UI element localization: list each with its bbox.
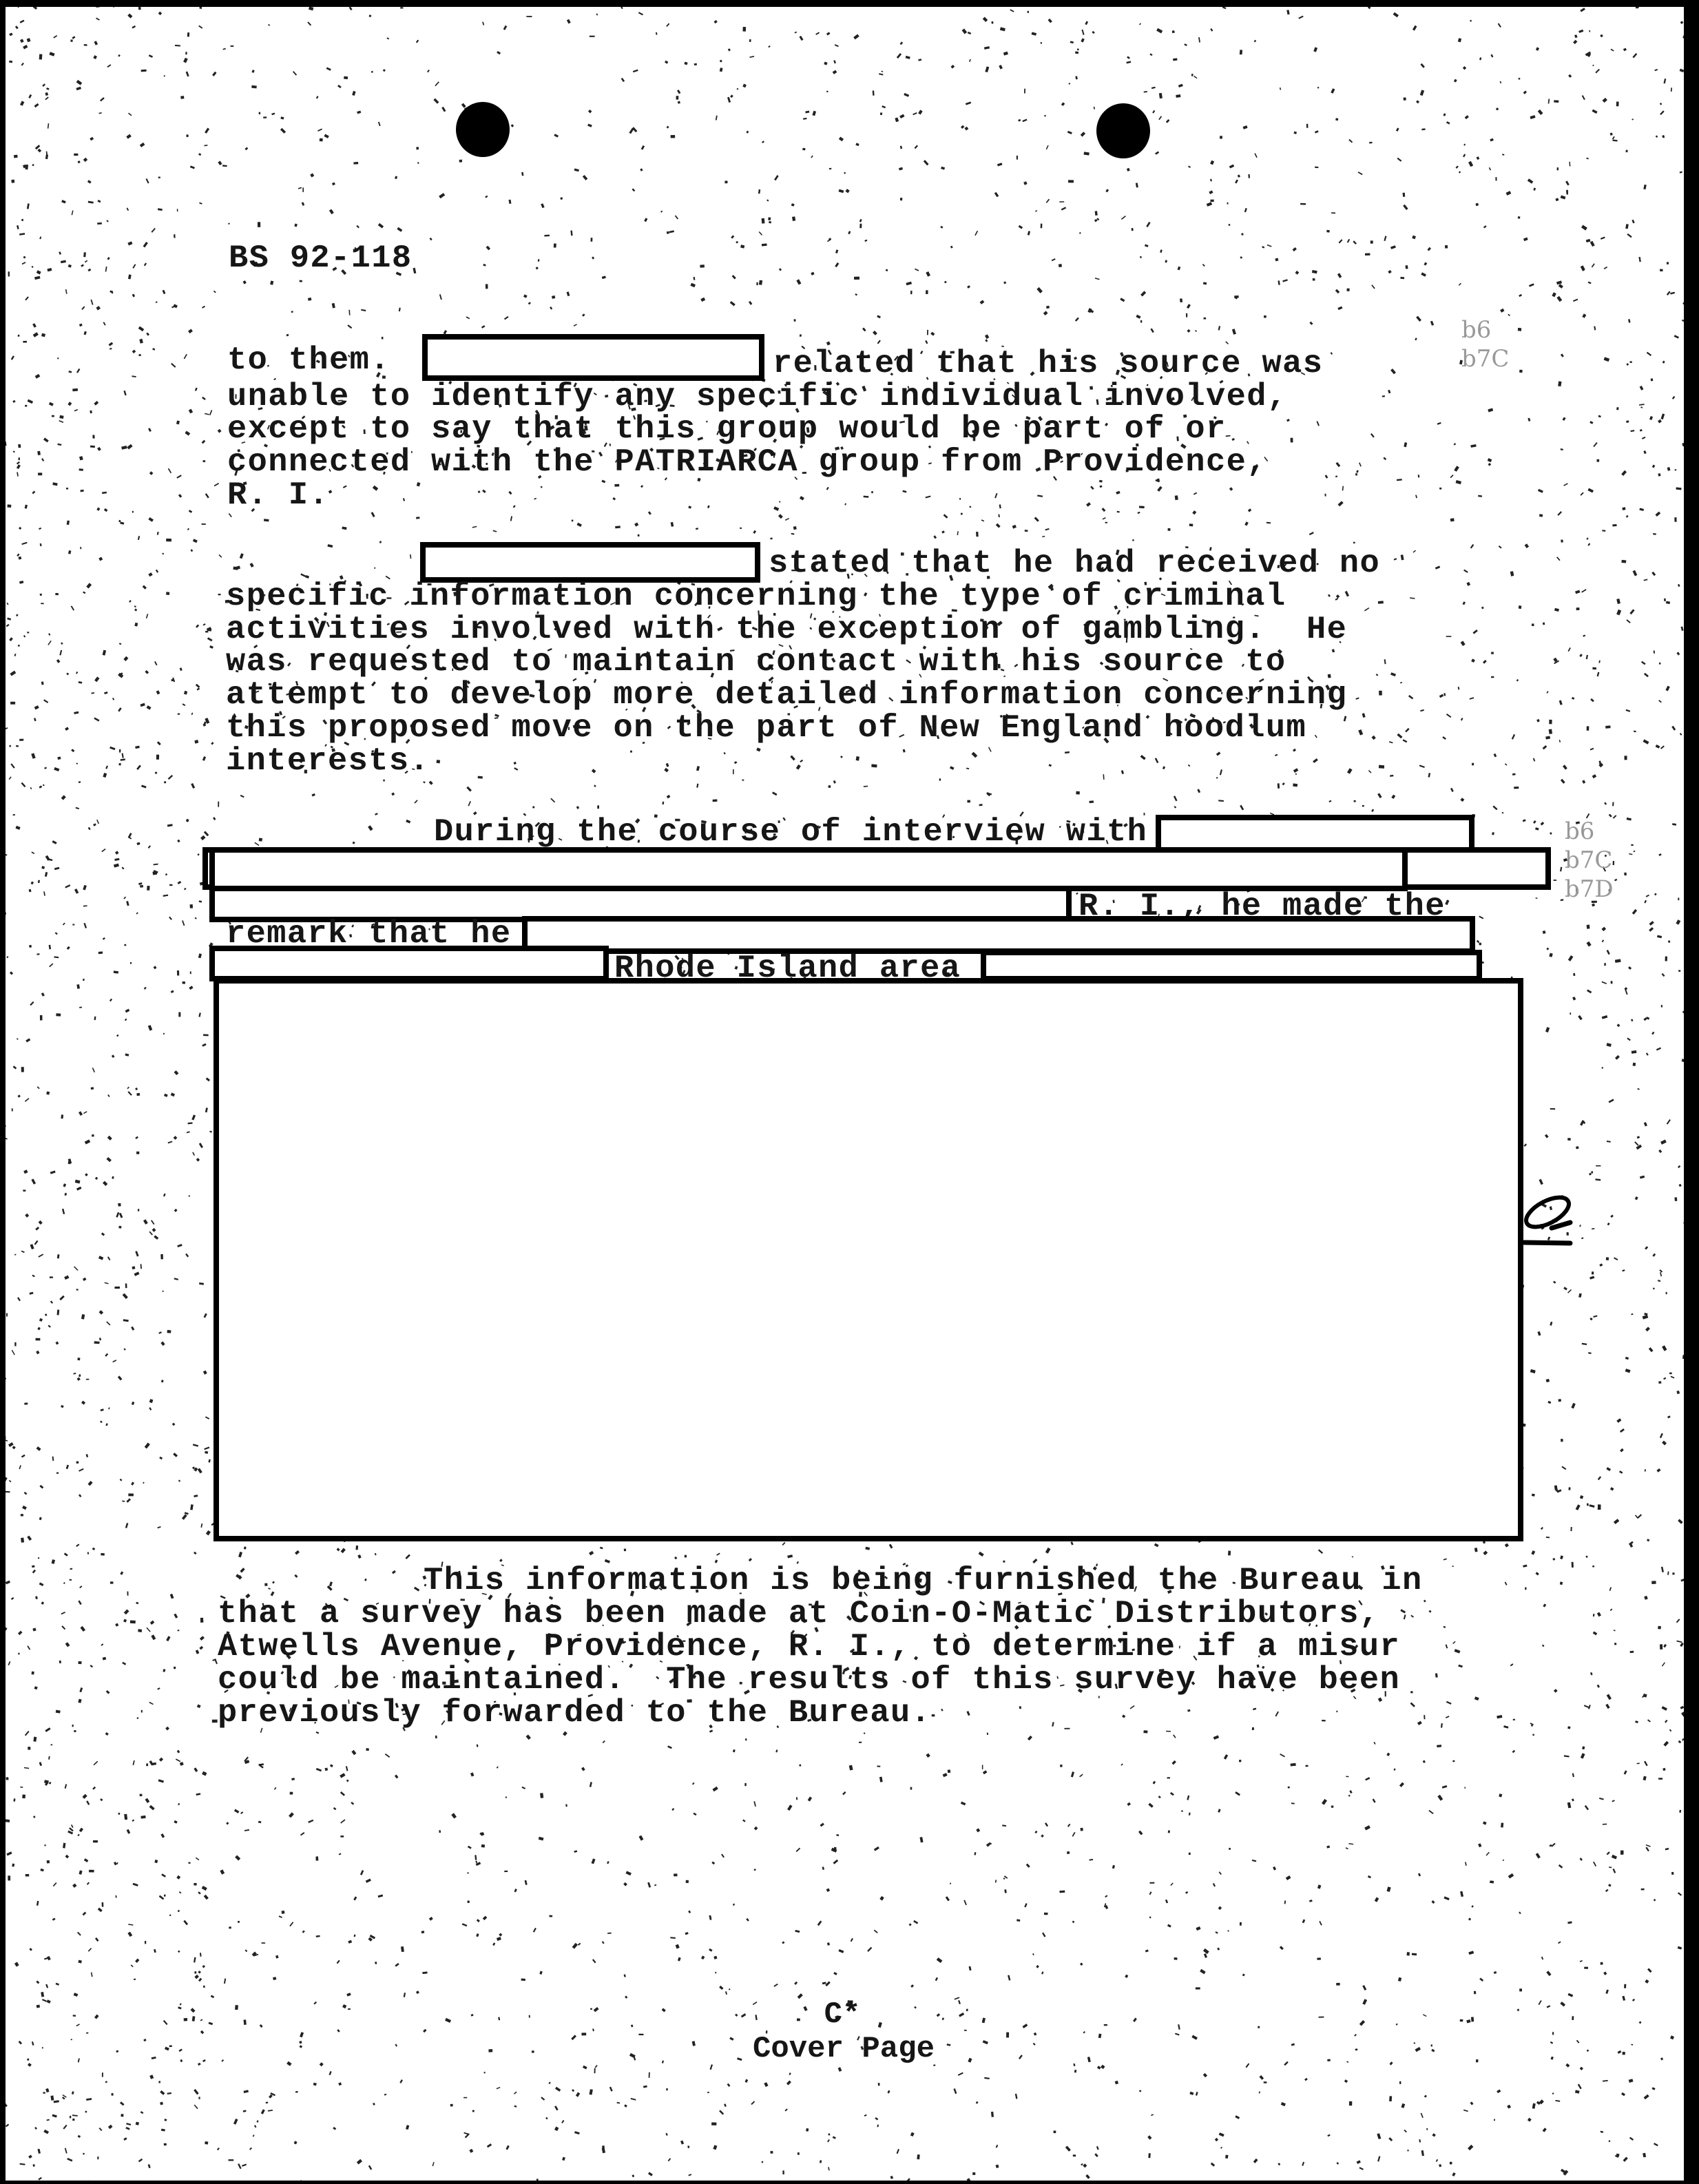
scan-edge-top [0, 0, 1699, 7]
redaction-box [420, 542, 760, 583]
exemption-code: b6 [1565, 817, 1614, 846]
footer-mark: C* [815, 1997, 870, 2032]
text-line: attempt to develop more detailed informa… [226, 679, 1347, 711]
text-line: this proposed move on the part of New En… [226, 712, 1306, 745]
document-page: BS 92-118 to them. related that his sour… [0, 0, 1699, 2184]
text-line: connected with the PATRIARCA group from … [227, 446, 1267, 479]
text-line: Atwells Avenue, Providence, R. I., to de… [218, 1631, 1400, 1663]
text-line: unable to identify any specific individu… [227, 381, 1287, 413]
text-line: could be maintained. The results of this… [218, 1664, 1400, 1696]
redaction-box [522, 916, 1475, 954]
text-line: that a survey has been made at Coin-O-Ma… [218, 1598, 1379, 1630]
exemption-code: b6 [1461, 315, 1509, 344]
punch-hole-right [1096, 103, 1150, 158]
text-line: except to say that this group would be p… [227, 413, 1227, 446]
text-line: interests. [226, 745, 430, 778]
text-line: stated that he had received no [769, 548, 1380, 580]
redaction-box-large [213, 978, 1523, 1541]
exemption-code: b7C [1461, 344, 1509, 373]
file-number: BS 92-118 [229, 242, 412, 275]
redaction-box [981, 950, 1482, 981]
scan-edge-right [1684, 0, 1699, 2184]
redaction-box [422, 334, 764, 381]
text-line: This information is being furnished the … [424, 1565, 1423, 1597]
exemption-codes-1: b6 b7C [1461, 315, 1509, 373]
text-line: activities involved with the exception o… [226, 614, 1347, 646]
exemption-code: b7D [1565, 875, 1614, 904]
text-line: related that his source was [773, 348, 1323, 380]
text-line: R. I. [227, 479, 329, 512]
exemption-codes-2: b6 b7C b7D [1565, 817, 1614, 904]
text-line: During the course of interview with [434, 816, 1147, 849]
redaction-box [209, 946, 609, 981]
handwritten-mark [1519, 1188, 1594, 1250]
scan-edge-bottom [0, 2181, 1699, 2184]
text-line: specific information concerning the type… [226, 581, 1286, 613]
punch-hole-left [456, 102, 510, 157]
text-line: to them. [227, 344, 390, 377]
text-line: was requested to maintain contact with h… [226, 646, 1286, 678]
redaction-box [209, 847, 1408, 891]
scan-edge-left [0, 0, 6, 2184]
footer-label: Cover Page [733, 2032, 954, 2066]
exemption-code: b7C [1565, 846, 1614, 875]
text-line: previously forwarded to the Bureau. [218, 1697, 931, 1729]
